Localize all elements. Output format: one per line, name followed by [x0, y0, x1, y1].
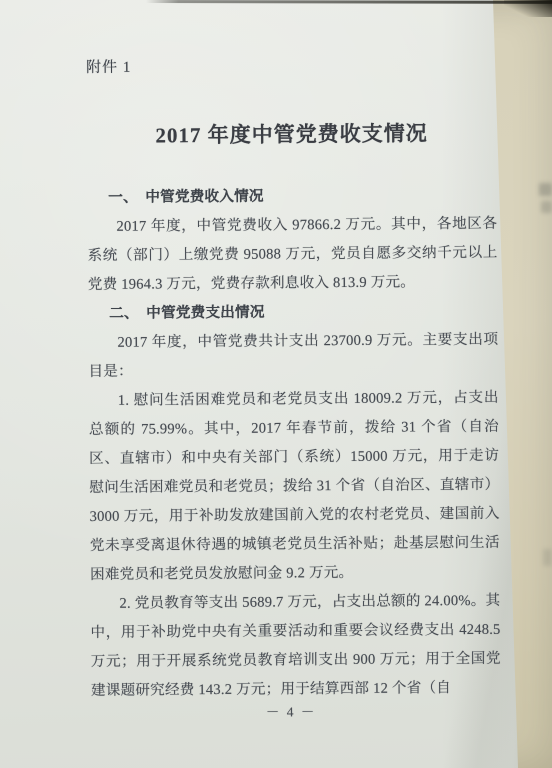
section-2-paragraph-1: 2017 年度，中管党费共计支出 23700.9 万元。主要支出项目是：	[88, 326, 498, 387]
section-2-paragraph-3: 2. 党员教育等支出 5689.7 万元，占支出总额的 24.00%。其中，用于…	[90, 587, 501, 706]
attachment-label: 附件 1	[86, 55, 496, 78]
edge-faint-mark	[543, 549, 552, 566]
section-1-paragraph-1: 2017 年度，中管党费收入 97866.2 万元。其中，各地区各系统（部门）上…	[87, 210, 498, 300]
edge-faint-mark	[539, 183, 552, 196]
section-1-heading: 一、 中管党费收入情况	[87, 181, 497, 213]
document-body: 一、 中管党费收入情况 2017 年度，中管党费收入 97866.2 万元。其中…	[87, 181, 501, 706]
section-2-paragraph-2: 1. 慰问生活困难党员和老党员支出 18009.2 万元，占支出总额的 75.9…	[89, 384, 501, 590]
page-number: － 4 －	[86, 699, 496, 722]
document-title: 2017 年度中管党费收支情况	[87, 119, 497, 150]
photo-background: 附件 1 2017 年度中管党费收支情况 一、 中管党费收入情况 2017 年度…	[0, 0, 552, 768]
document-content: 附件 1 2017 年度中管党费收支情况 一、 中管党费收入情况 2017 年度…	[86, 55, 501, 706]
section-2-heading: 二、 中管党费支出情况	[88, 297, 498, 329]
edge-faint-mark	[541, 201, 552, 213]
corner-shadow-artifact	[504, 0, 552, 17]
